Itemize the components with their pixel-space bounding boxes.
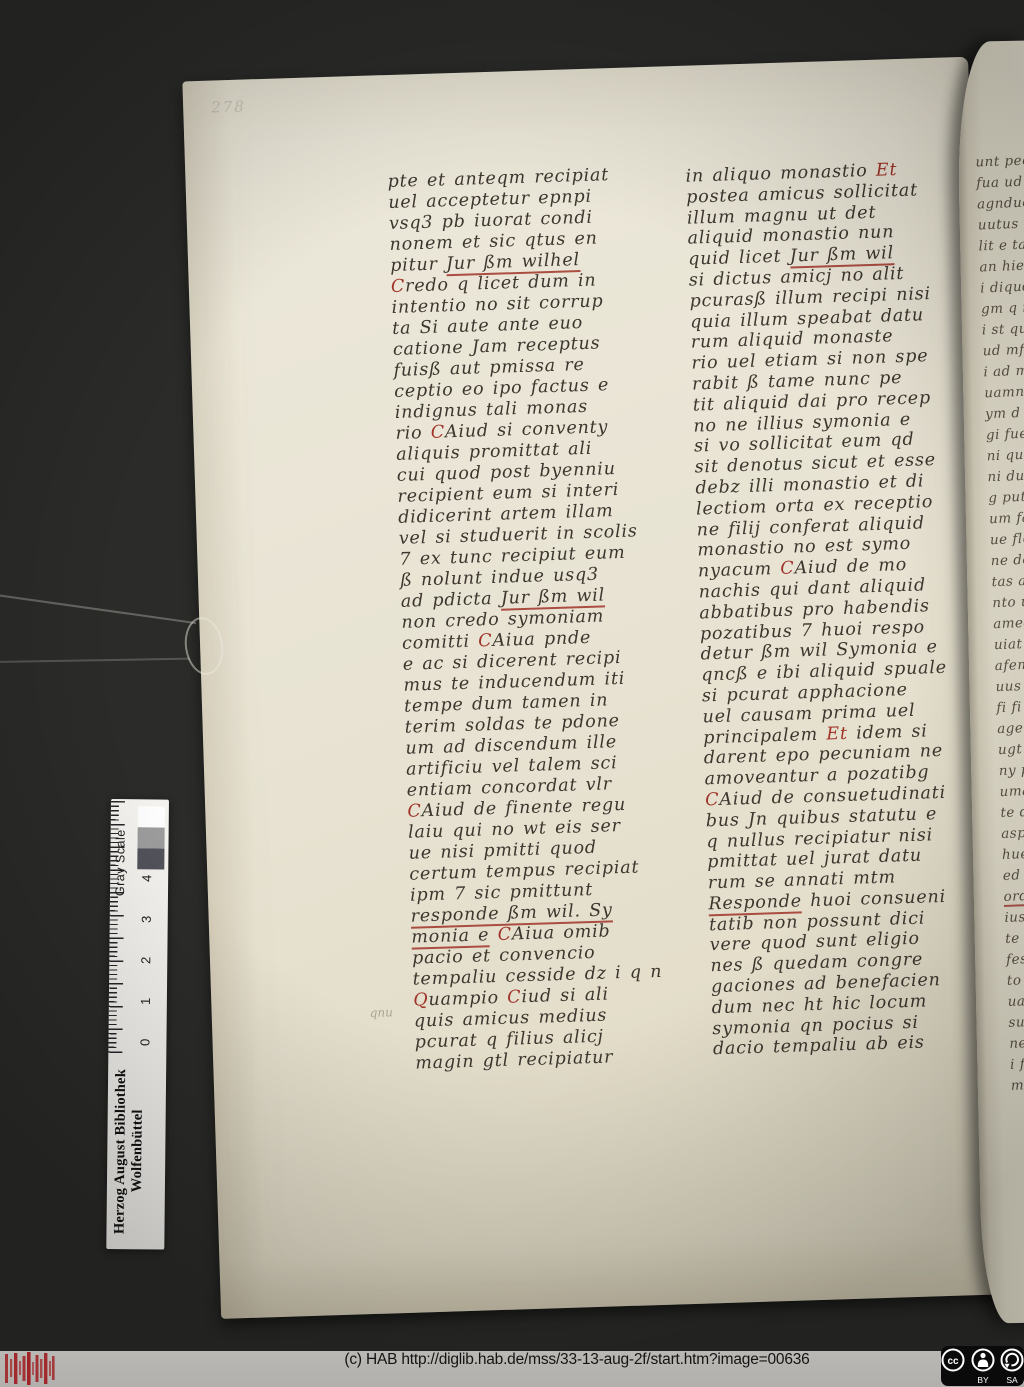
facing-page-text-line: agele qui n — [997, 717, 1024, 742]
gray-scale-patch — [137, 848, 164, 869]
ruler-number: 2 — [138, 952, 152, 968]
facing-page-text-line: i diqud desp — [980, 277, 1024, 302]
ruler-number: 4 — [139, 870, 153, 886]
facing-page-text-line: fua ud pie — [976, 172, 1024, 197]
facing-page-text-line: ordinandu — [1003, 885, 1024, 910]
copyright-bar: (c) HAB http://diglib.hab.de/mss/33-13-a… — [0, 1351, 1024, 1387]
institution-line-1: Herzog August Bibliothek — [111, 1059, 130, 1243]
facing-page-text-line: to fe d fi — [1007, 969, 1024, 994]
facing-page-text-line: ius d Inspo — [1004, 906, 1024, 931]
facing-page-text-line: fes do dwlo — [1006, 948, 1024, 973]
facing-page-text-line: gi fue expens — [986, 424, 1024, 449]
facing-page-text-line: te fi fipios 7 — [1005, 927, 1024, 952]
ruler-number: 1 — [138, 993, 152, 1009]
facing-page-text-line: agndue rd — [977, 193, 1024, 218]
gray-scale-patch — [138, 806, 165, 827]
facing-page-text-line: uma fepta — [999, 780, 1024, 805]
cc-logo-text: cc — [947, 1356, 959, 1367]
facing-page-text-line: sup pem pe — [1008, 1011, 1024, 1036]
folio-number: 278 — [211, 97, 246, 116]
facing-page-text-line: ma furerma — [1011, 1074, 1024, 1099]
facing-page-text-line: gm q n Sam — [981, 298, 1024, 323]
ruler-number: 3 — [139, 911, 153, 927]
facing-page-text-line: ue fles Tum — [990, 529, 1024, 554]
facing-page-text-line: fi fi 7 hun — [996, 696, 1024, 721]
facing-page-text-line: i st qud pmd — [982, 319, 1024, 344]
cc-by-label: BY — [977, 1375, 989, 1385]
facing-page-text-line: uutus 7 hu — [978, 214, 1024, 239]
color-registration-mark-icon — [4, 1352, 56, 1385]
facing-page-text-line: ni qud po na — [986, 445, 1024, 470]
copyright-url-text: (c) HAB http://diglib.hab.de/mss/33-13-a… — [0, 1351, 1024, 1387]
facing-page-text-line: an hie sunt — [979, 256, 1024, 281]
institution-line-2: Wolfenbüttel — [128, 1059, 147, 1243]
manuscript-page: 278 pte et anteqm recipiatuel acceptetur… — [182, 57, 1006, 1319]
facing-page-text-line: um fapm yd — [989, 508, 1024, 533]
facing-page-text-line: afemdua u — [994, 654, 1024, 679]
text-column-right: in aliquo monastio Etpostea amicus solli… — [685, 159, 971, 1061]
facing-page-text-line: g putas rauf — [988, 487, 1024, 512]
ruler-number: 0 — [137, 1034, 151, 1050]
facing-page-text-line: lit e tales d — [978, 235, 1024, 260]
page-holder-thread — [0, 658, 190, 663]
facing-page-text-line: tas ad qd — [991, 570, 1024, 595]
facing-page-text: unt pee fofua ud pieagndue rduutus 7 hul… — [975, 151, 1024, 1099]
facing-page-text-line: ym d agndu — [985, 403, 1024, 428]
gray-scale-label: Gray Scale — [113, 804, 128, 896]
institution-label: Herzog August Bibliothek Wolfenbüttel — [111, 1059, 161, 1243]
cc-license-badge: cc BY SA — [941, 1345, 1024, 1387]
page-holder-thread — [0, 594, 196, 624]
facing-page-text-line: ud mfe ro — [982, 340, 1024, 365]
facing-page-text-line: uamne et d — [984, 382, 1024, 407]
facing-page-text-line: ne deo d — [990, 550, 1024, 575]
facing-page-text-line: uiat qs fub — [994, 633, 1024, 658]
facing-page-text-line: te d pena e — [1000, 801, 1024, 826]
scan-canvas: 278 pte et anteqm recipiatuel acceptetur… — [0, 0, 1024, 1387]
gray-scale-patch — [137, 827, 164, 848]
cc-sa-label: SA — [1006, 1375, 1018, 1385]
facing-page-text-line: uas ipm h — [1007, 990, 1024, 1015]
facing-page-text-line: ne he y mo — [1009, 1032, 1024, 1057]
gray-scale-patches — [137, 806, 165, 869]
facing-page-text-line: ed adinati q — [1003, 864, 1024, 889]
facing-page-text-line: ugt fm — [998, 738, 1024, 763]
facing-page-text-line: ny pedum — [999, 759, 1024, 784]
facing-page-text-line: aspoacoe — [1001, 822, 1024, 847]
ruler-numbers: 43210 — [111, 799, 169, 800]
facing-page-text-line: i ad matemd — [983, 361, 1024, 386]
facing-page-text-line: amed qs Du — [993, 612, 1024, 637]
facing-page-text-line: ni dute qta — [987, 466, 1024, 491]
facing-page-text-line: unt pee fo — [975, 151, 1024, 176]
marginal-note: qnu — [370, 1005, 394, 1020]
gray-scale-ruler: Gray Scale 43210 Herzog August Bibliothe… — [106, 799, 169, 1250]
facing-page-text-line: hue pena q — [1002, 843, 1024, 868]
facing-page-text-line: i f 1 repino — [1010, 1053, 1024, 1078]
facing-page-text-line: uus fi t fym — [995, 675, 1024, 700]
facing-page-text-line: nto uult d — [992, 591, 1024, 616]
text-column-left: pte et anteqm recipiatuel acceptetur epn… — [387, 164, 673, 1075]
